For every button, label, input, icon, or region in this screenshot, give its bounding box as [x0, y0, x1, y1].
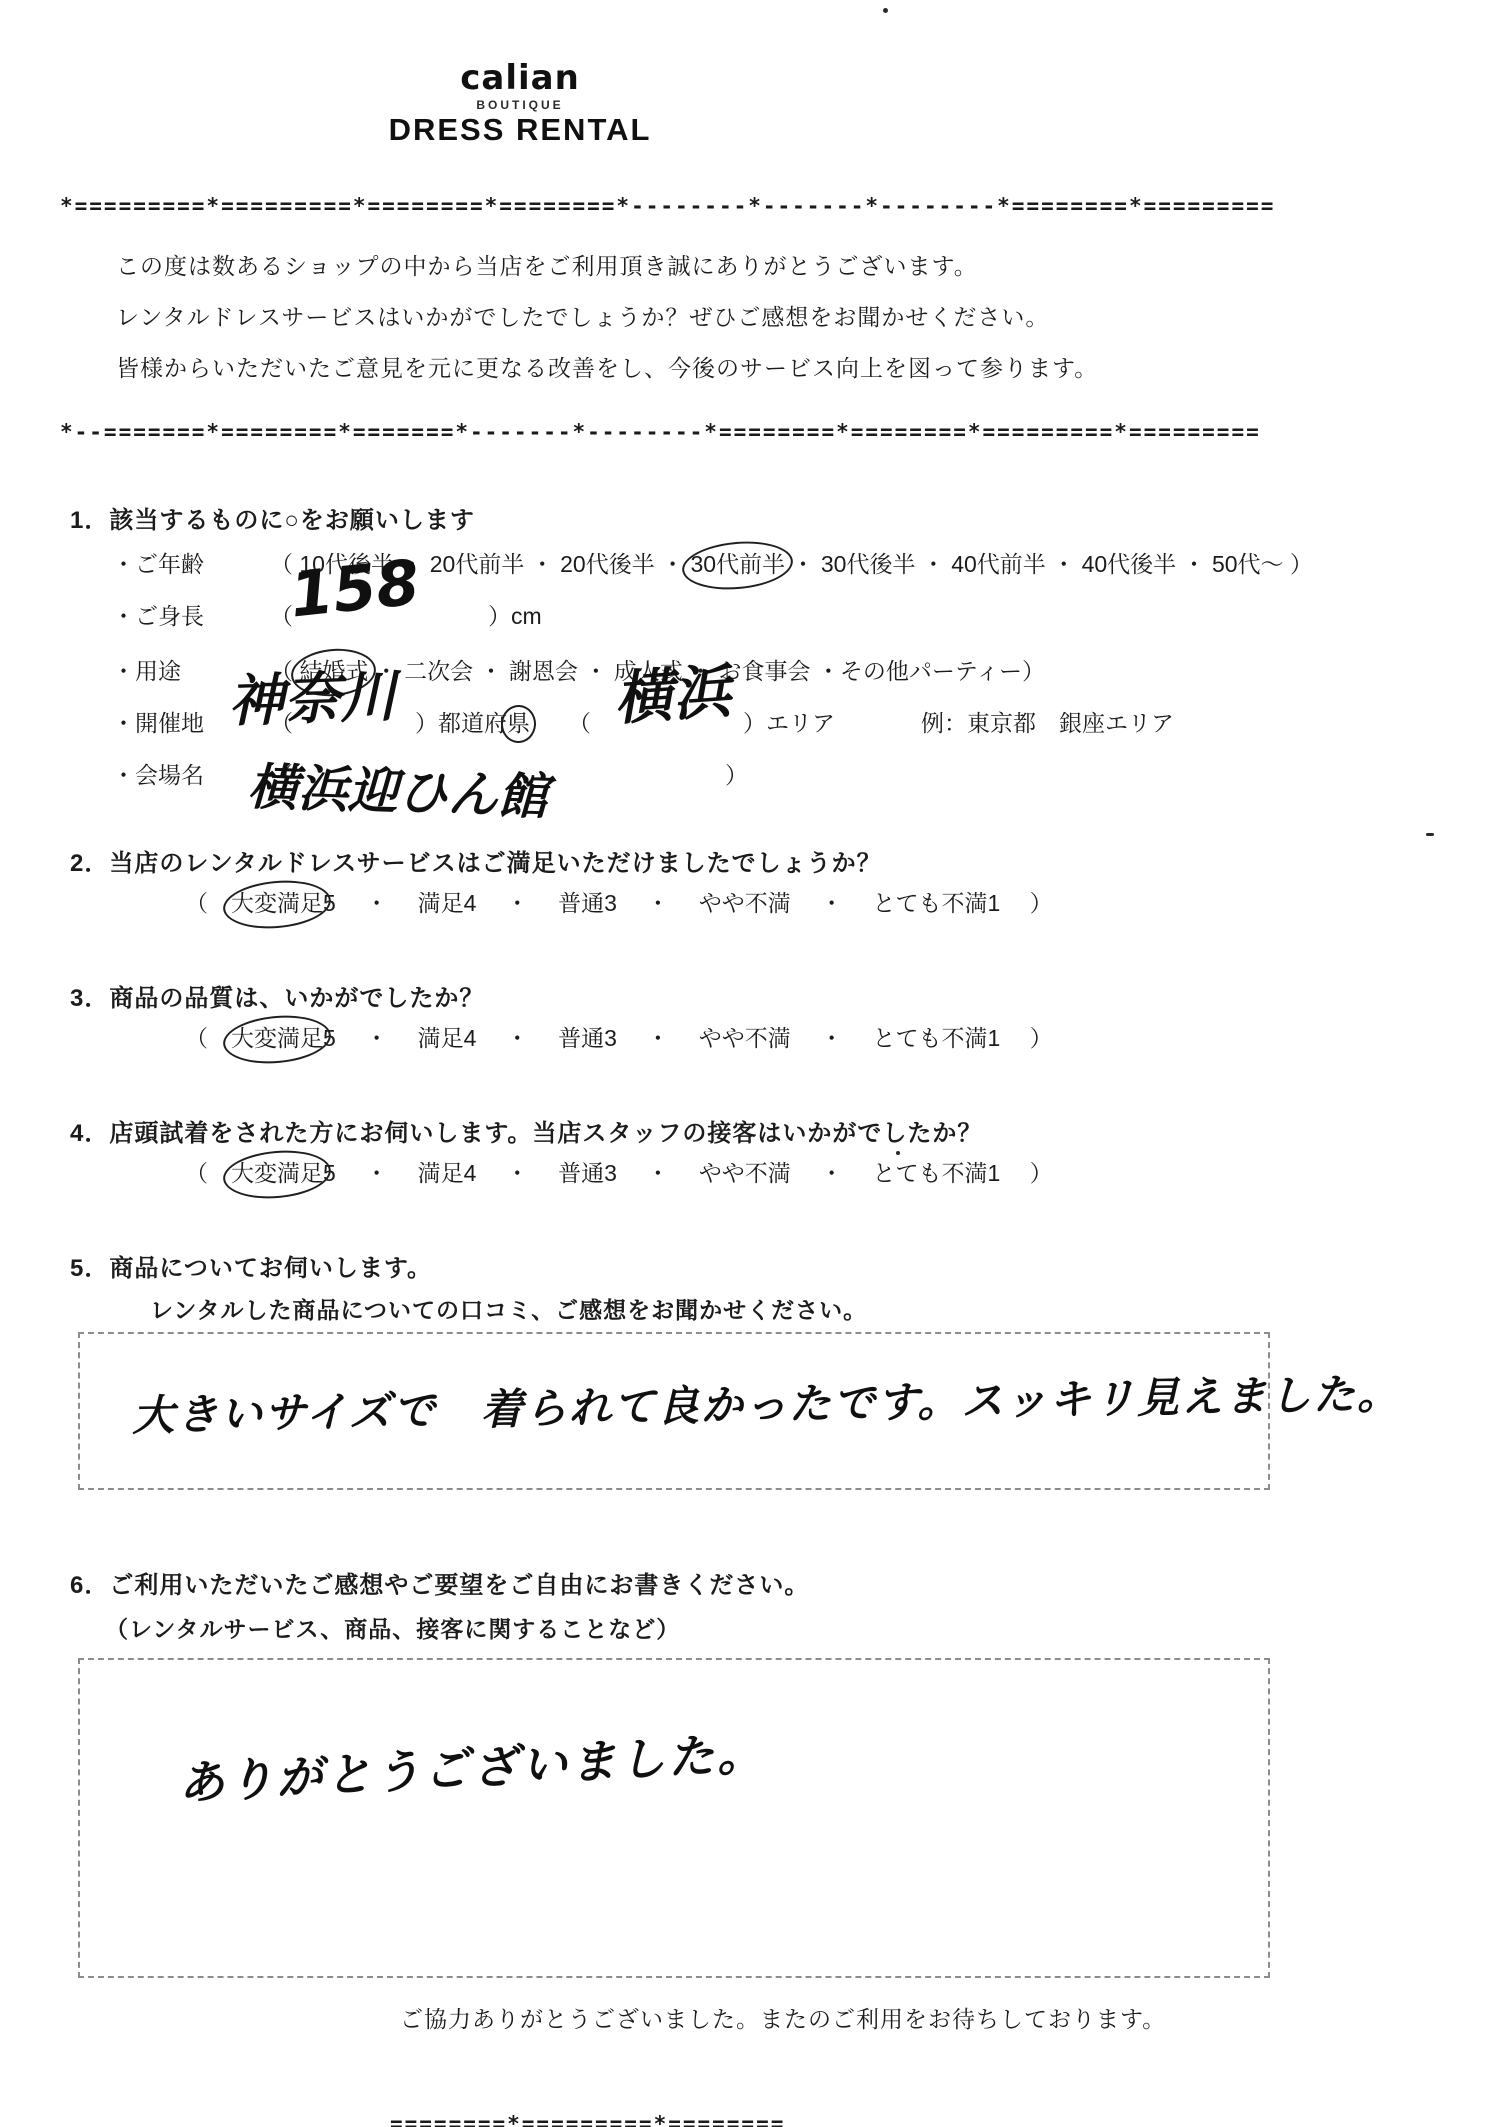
q4-scale-circled-option: 大変満足	[231, 1162, 323, 1185]
q2-scale-row: （ 大変満足5 ・ 満足4 ・ 普通3 ・ やや不満 ・ とても不満1 ）	[185, 892, 1053, 915]
q6-heading: 6．ご利用いただいたご感想やご要望をご自由にお書きください。	[70, 1565, 809, 1600]
q2-heading: 2．当店のレンタルドレスサービスはご満足いただけましたでしょうか？	[70, 843, 882, 878]
q3-scale-circled-option: 大変満足	[231, 1027, 323, 1050]
q5-subheading: レンタルした商品についての口コミ、ご感想をお聞かせください。	[150, 1292, 867, 1325]
document-title: DRESS RENTAL	[330, 112, 710, 148]
q1-age-label: ・ご年齢	[112, 553, 270, 576]
q3-scale-pre: （	[185, 1025, 231, 1051]
q1-venue-name-label: ・会場名	[112, 764, 270, 787]
scan-speck	[1426, 833, 1434, 836]
q2-scale-circled-option: 大変満足	[231, 892, 323, 915]
q1-prefecture-suffix: ）都道府	[415, 710, 507, 736]
q6-subheading: （レンタルサービス、商品、接客に関することなど）	[105, 1611, 680, 1644]
q2-scale-pre: （	[185, 890, 231, 916]
q4-heading: 4．店頭試着をされた方にお伺いします。当店スタッフの接客はいかがでしたか？	[70, 1113, 982, 1148]
handwritten-venue-name-value: 横浜迎ひん館	[247, 747, 549, 829]
q2-scale-post: 5 ・ 満足4 ・ 普通3 ・ やや不満 ・ とても不満1 ）	[323, 890, 1053, 916]
brand-subtitle: BOUTIQUE	[330, 98, 710, 112]
q1-venue-name-paren-close: ）	[725, 762, 748, 788]
document-header: calian BOUTIQUE DRESS RENTAL	[330, 58, 710, 148]
handwritten-height-value: 158	[287, 545, 423, 631]
ascii-divider-mid: *--=======*========*=======*-------*----…	[60, 420, 1375, 446]
ascii-divider-top: *=========*=========*========*========*-…	[60, 194, 1375, 220]
q4-scale-post: 5 ・ 満足4 ・ 普通3 ・ やや不満 ・ とても不満1 ）	[323, 1160, 1053, 1186]
q1-age-options-post: ・ 30代後半 ・ 40代前半 ・ 40代後半 ・ 50代～ ）	[785, 551, 1313, 577]
brand-logo: calian	[330, 58, 710, 98]
q1-age-circled-option: 30代前半	[690, 553, 785, 576]
q1-area-example: 例：東京都 銀座エリア	[921, 710, 1174, 736]
q1-prefecture-circled-char: 県	[507, 712, 530, 735]
q1-area-suffix: ）エリア	[743, 710, 835, 736]
q1-area-paren-open: （	[568, 710, 591, 736]
intro-line: 皆様からいただいたご意見を元に更なる改善をし、今後のサービス向上を図って参ります…	[116, 350, 1098, 383]
intro-paragraph: この度は数あるショップの中から当店をご利用頂き誠にありがとうございます。 レンタ…	[116, 248, 1098, 383]
q4-scale-row: （ 大変満足5 ・ 満足4 ・ 普通3 ・ やや不満 ・ とても不満1 ）	[185, 1162, 1053, 1185]
q3-scale-row: （ 大変満足5 ・ 満足4 ・ 普通3 ・ やや不満 ・ とても不満1 ）	[185, 1027, 1053, 1050]
handwritten-prefecture-value: 神奈川	[227, 652, 398, 738]
scanned-survey-page: calian BOUTIQUE DRESS RENTAL *=========*…	[0, 0, 1500, 2127]
q3-scale-post: 5 ・ 満足4 ・ 普通3 ・ やや不満 ・ とても不満1 ）	[323, 1025, 1053, 1051]
q3-heading: 3．商品の品質は、いかがでしたか？	[70, 978, 484, 1013]
q5-heading: 5．商品についてお伺いします。	[70, 1248, 432, 1283]
q1-height-paren-close: ）cm	[488, 603, 542, 629]
scan-speck	[883, 8, 888, 13]
q1-height-label: ・ご身長	[112, 605, 270, 628]
q1-heading: 1．該当するものに○をお願いします	[70, 500, 475, 535]
footer-thanks: ご協力ありがとうございました。またのご利用をお待ちしております。	[400, 2008, 1166, 2031]
q6-answer-box	[78, 1658, 1270, 1978]
q4-scale-pre: （	[185, 1160, 231, 1186]
q1-height-paren-open: （	[270, 603, 293, 629]
handwritten-area-value: 横浜	[611, 644, 733, 736]
ascii-divider-bottom: ========*=========*========	[390, 2112, 1020, 2127]
scan-speck	[896, 1151, 900, 1155]
intro-line: レンタルドレスサービスはいかがでしたでしょうか？ぜひご感想をお聞かせください。	[116, 299, 1098, 332]
intro-line: この度は数あるショップの中から当店をご利用頂き誠にありがとうございます。	[116, 248, 1098, 281]
